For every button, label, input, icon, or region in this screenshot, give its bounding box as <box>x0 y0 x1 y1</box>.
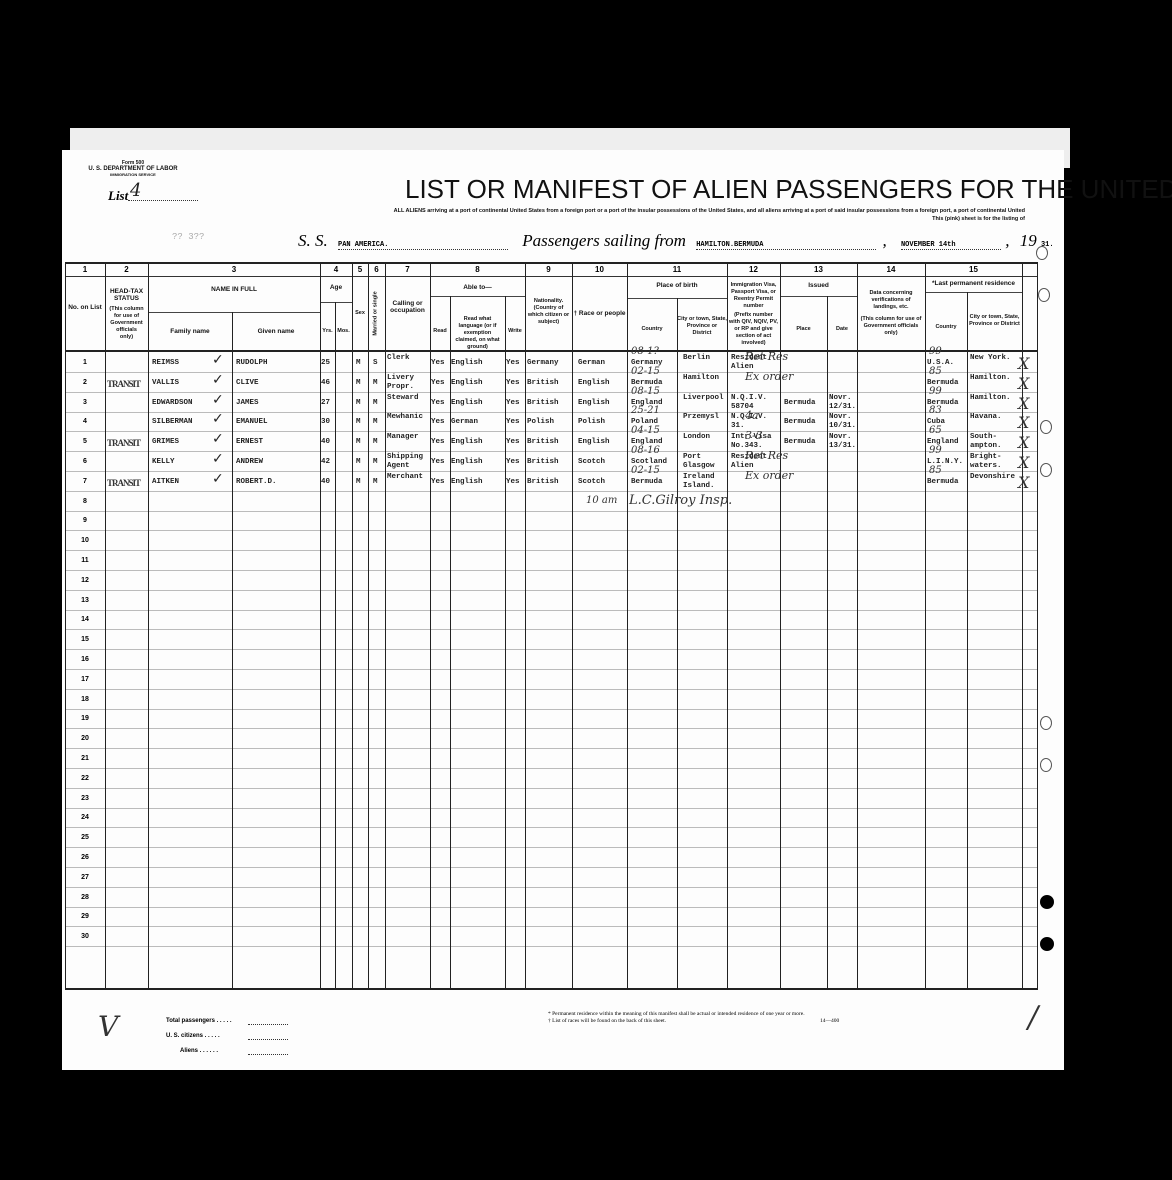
row-number: 24 <box>65 814 105 821</box>
punch-hole <box>1038 288 1050 302</box>
header-calling: Calling or occupation <box>387 300 428 314</box>
header-residence-country: Country <box>925 324 967 331</box>
birth-city: Przemysl <box>683 413 731 422</box>
column-number: 3 <box>148 265 320 274</box>
column-number: 9 <box>525 265 572 274</box>
row-number: 7 <box>65 478 105 485</box>
age-subheader-line <box>320 302 352 303</box>
residence-city: Hamilton. <box>970 374 1018 383</box>
tally-mark-icon: X <box>1018 354 1029 373</box>
issued-place: Bermuda <box>784 438 816 447</box>
handwritten-birth-code: 08-1? <box>631 346 659 357</box>
column-number: 2 <box>105 265 148 274</box>
can-write: Yes <box>506 478 520 487</box>
row-number: 15 <box>65 636 105 643</box>
footnote-races: † List of races will be found on the bac… <box>548 1018 666 1025</box>
row-line <box>65 412 1037 413</box>
form-header: Form 500 U. S. DEPARTMENT OF LABOR IMMIG… <box>88 160 178 178</box>
total-line <box>248 1024 288 1025</box>
issued-place: Bermuda <box>784 399 816 408</box>
sex: M <box>356 458 361 467</box>
row-line <box>65 629 1037 630</box>
header-name-in-full: NAME IN FULL <box>148 286 320 293</box>
column-number: 4 <box>320 265 352 274</box>
table-bottom-border <box>65 988 1037 990</box>
row-number: 3 <box>65 399 105 406</box>
row-number: 26 <box>65 854 105 861</box>
can-write: Yes <box>506 399 520 408</box>
row-line <box>65 649 1037 650</box>
row-line <box>65 511 1037 512</box>
column-divider <box>1037 262 1038 990</box>
birth-city: Port Glasgow <box>683 453 731 471</box>
row-number: 6 <box>65 458 105 465</box>
column-divider <box>385 262 386 990</box>
aliens-line <box>248 1054 288 1055</box>
column-number: 7 <box>385 265 430 274</box>
header-nationality: Nationality. (Country of which citizen o… <box>527 298 570 326</box>
inspector-signature: L.C.Gilroy Insp. <box>629 493 732 508</box>
read-language: English <box>451 379 483 388</box>
row-line <box>65 827 1037 828</box>
column-divider <box>525 262 526 990</box>
given-name: EMANUEL <box>236 418 268 427</box>
manifest-table: 123456789101112131415No. on ListHEAD-TAX… <box>65 262 1037 990</box>
row-number: 17 <box>65 676 105 683</box>
column-divider <box>65 262 66 990</box>
birth-city: Hamilton <box>683 374 731 383</box>
head-tax-status: TRANSIT <box>107 478 140 488</box>
header-married: Married or single <box>373 286 380 342</box>
handwritten-birth-code: 25-21 <box>631 405 660 416</box>
column-number: 5 <box>352 265 368 274</box>
column-divider <box>320 262 321 990</box>
tally-mark-icon: X <box>1018 453 1029 472</box>
header-able-to: Able to— <box>430 284 525 291</box>
column-divider <box>572 262 573 990</box>
table-top-border <box>65 262 1037 264</box>
tally-mark-icon: X <box>1018 374 1029 393</box>
handwritten-residence-code: 85 <box>929 465 942 476</box>
calling: Merchant <box>387 473 435 482</box>
punch-hole <box>1036 246 1048 260</box>
handwritten-residence-code: 85 <box>929 366 942 377</box>
header-age: Age <box>320 284 352 291</box>
sex: M <box>356 478 361 487</box>
family-name: EDWARDSON <box>152 399 193 408</box>
race: English <box>578 399 610 408</box>
row-line <box>65 847 1037 848</box>
tally-mark-icon: X <box>1018 394 1029 413</box>
able-subheader-line <box>430 296 525 297</box>
issued-subheader-line <box>780 296 857 297</box>
row-number: 20 <box>65 735 105 742</box>
row-line <box>65 530 1037 531</box>
sex: M <box>356 359 361 368</box>
total-passengers-label: Total passengers . . . . . <box>166 1018 232 1024</box>
row-number: 13 <box>65 597 105 604</box>
row-number: 14 <box>65 616 105 623</box>
can-write: Yes <box>506 418 520 427</box>
birth-city: Berlin <box>683 354 731 363</box>
check-mark-icon: ✓ <box>212 372 224 388</box>
residence-city: Devonshire <box>970 473 1018 482</box>
nationality: Germany <box>527 359 559 368</box>
row-line <box>65 590 1037 591</box>
column-divider <box>677 298 678 990</box>
can-read: Yes <box>431 478 445 487</box>
handwritten-visa-note: 3-3 <box>745 429 763 442</box>
handwritten-residence-code: 83 <box>929 405 942 416</box>
residence-city: South- ampton. <box>970 433 1018 451</box>
column-divider <box>727 262 728 990</box>
row-line <box>65 491 1037 492</box>
ss-label: S. S. <box>298 231 328 250</box>
row-number: 10 <box>65 537 105 544</box>
calling: Clerk <box>387 354 435 363</box>
handwritten-birth-code: 02-15 <box>631 366 660 377</box>
row-number: 23 <box>65 795 105 802</box>
header-read: Read <box>430 328 450 335</box>
row-number: 4 <box>65 418 105 425</box>
header-visa-note: (Prefix number with QIV, NQIV, PV, or RP… <box>729 312 778 347</box>
header-birth-country: Country <box>627 326 677 333</box>
residence-city: Havana. <box>970 413 1018 422</box>
row-number: 9 <box>65 517 105 524</box>
nationality: Polish <box>527 418 554 427</box>
birth-city: Ireland Island. <box>683 473 731 491</box>
instructions-line-2: This (pink) sheet is for the listing of <box>250 215 1025 223</box>
birth-country: Bermuda <box>631 478 663 487</box>
check-mark-bottom-left: V <box>98 1010 118 1043</box>
check-mark-bottom-right: / <box>1028 1000 1038 1035</box>
header-residence-city: City or town, State, Province or Distric… <box>967 314 1022 328</box>
colnum-divider <box>65 276 1037 277</box>
header-sex: Sex <box>352 310 368 317</box>
read-language: English <box>451 438 483 447</box>
can-read: Yes <box>431 458 445 467</box>
row-line <box>65 907 1037 908</box>
married-status: M <box>373 478 378 487</box>
header-head-tax-note: (This column for use of Government offic… <box>109 306 144 341</box>
handwritten-birth-code: 02-15 <box>631 465 660 476</box>
can-write: Yes <box>506 359 520 368</box>
tally-mark-icon: X <box>1018 473 1029 492</box>
footnote-residence: * Permanent residence within the meaning… <box>548 1011 805 1018</box>
age-years: 46 <box>321 379 330 388</box>
family-name: GRIMES <box>152 438 179 447</box>
column-divider <box>627 262 628 990</box>
punch-hole-filled <box>1040 937 1054 951</box>
column-divider <box>827 296 828 990</box>
row-number: 11 <box>65 557 105 564</box>
header-mos: Mos. <box>335 328 352 335</box>
check-mark-icon: ✓ <box>212 411 224 427</box>
column-number: 14 <box>857 265 925 274</box>
sex: M <box>356 379 361 388</box>
row-line <box>65 392 1037 393</box>
name-subheader-line <box>148 312 320 313</box>
married-status: M <box>373 458 378 467</box>
form-code: 14—400 <box>820 1018 839 1025</box>
row-line <box>65 768 1037 769</box>
header-given-name: Given name <box>232 328 320 335</box>
column-divider <box>857 262 858 990</box>
race: Scotch <box>578 478 605 487</box>
header-visa: Immigration Visa, Passport Visa, or Reen… <box>729 282 778 310</box>
row-line <box>65 748 1037 749</box>
row-number: 29 <box>65 913 105 920</box>
row-line <box>65 451 1037 452</box>
row-line <box>65 887 1037 888</box>
handwritten-visa-note: Ret Res <box>745 350 788 363</box>
handwritten-birth-code: 08-16 <box>631 445 660 456</box>
check-mark-icon: ✓ <box>212 451 224 467</box>
aliens-label: Aliens . . . . . . <box>180 1048 218 1054</box>
row-number: 5 <box>65 438 105 445</box>
punch-hole <box>1040 463 1052 477</box>
residence-city: Bright- waters. <box>970 453 1018 471</box>
can-read: Yes <box>431 418 445 427</box>
nationality: British <box>527 438 559 447</box>
column-number: 12 <box>727 265 780 274</box>
column-number: 8 <box>430 265 525 274</box>
row-line <box>65 550 1037 551</box>
header-family-name: Family name <box>148 328 232 335</box>
issued-date: Novr. 13/31. <box>829 433 877 451</box>
column-divider <box>148 262 149 990</box>
row-line <box>65 709 1037 710</box>
row-line <box>65 689 1037 690</box>
handwritten-visa-note: Ex order <box>745 469 793 482</box>
header-race: † Race or people <box>572 310 627 317</box>
given-name: ROBERT.D. <box>236 478 277 487</box>
row-number: 21 <box>65 755 105 762</box>
given-name: RUDOLPH <box>236 359 268 368</box>
column-divider <box>352 262 353 990</box>
header-head-tax: HEAD-TAX STATUS <box>105 288 148 302</box>
column-divider <box>430 262 431 990</box>
given-name: CLIVE <box>236 379 259 388</box>
handwritten-residence-code: 65 <box>929 425 942 436</box>
sailing-date: NOVEMBER 14th <box>901 241 1001 250</box>
row-number: 27 <box>65 874 105 881</box>
calling: Manager <box>387 433 435 442</box>
row-line <box>65 372 1037 373</box>
handwritten-visa-note: Ret Res <box>745 449 788 462</box>
header-verification-note: (This column for use of Government offic… <box>859 316 923 337</box>
header-verification: Data concerning verifications of landing… <box>859 290 923 311</box>
age-years: 30 <box>321 418 330 427</box>
check-mark-icon: ✓ <box>212 431 224 447</box>
sex: M <box>356 399 361 408</box>
row-number: 30 <box>65 933 105 940</box>
married-status: M <box>373 418 378 427</box>
row-number: 22 <box>65 775 105 782</box>
family-name: SILBERMAN <box>152 418 193 427</box>
header-issued-place: Place <box>780 326 827 333</box>
family-name: KELLY <box>152 458 175 467</box>
instructions-line-1: ALL ALIENS arriving at a port of contine… <box>250 207 1025 215</box>
row-line <box>65 728 1037 729</box>
handwritten-visa-note: Ex order <box>745 370 793 383</box>
column-divider <box>368 262 369 990</box>
can-read: Yes <box>431 359 445 368</box>
punch-hole <box>1040 420 1052 434</box>
header-no-on-list: No. on List <box>65 304 105 311</box>
tally-mark-icon: X <box>1018 413 1029 432</box>
punch-hole <box>1040 758 1052 772</box>
birth-city: London <box>683 433 731 442</box>
header-last-residence: *Last permanent residence <box>925 280 1022 287</box>
calling: Steward <box>387 394 435 403</box>
birth-city: Liverpool <box>683 394 731 403</box>
age-years: 40 <box>321 438 330 447</box>
can-write: Yes <box>506 379 520 388</box>
row-number: 19 <box>65 715 105 722</box>
list-number: 4 <box>130 180 141 201</box>
row-number: 16 <box>65 656 105 663</box>
issued-date: Novr. 12/31. <box>829 394 877 412</box>
family-name: AITKEN <box>152 478 179 487</box>
service-name: IMMIGRATION SERVICE <box>88 172 178 178</box>
read-language: English <box>451 359 483 368</box>
departure-port: HAMILTON.BERMUDA <box>696 241 876 250</box>
list-label: List <box>108 188 128 204</box>
given-name: ERNEST <box>236 438 263 447</box>
race: Polish <box>578 418 605 427</box>
header-bottom-border <box>65 350 1037 352</box>
column-number: 1 <box>65 265 105 274</box>
family-name: VALLIS <box>152 379 179 388</box>
column-divider <box>105 262 106 990</box>
nationality: British <box>527 458 559 467</box>
read-language: English <box>451 399 483 408</box>
row-number: 18 <box>65 696 105 703</box>
married-status: M <box>373 438 378 447</box>
column-number: 15 <box>925 265 1022 274</box>
can-write: Yes <box>506 458 520 467</box>
handwritten-residence-code: 99 <box>929 386 942 397</box>
read-language: English <box>451 458 483 467</box>
header-place-of-birth: Place of birth <box>627 282 727 289</box>
given-name: ANDREW <box>236 458 263 467</box>
calling: Livery Propr. <box>387 374 435 392</box>
handwritten-residence-code: 99 <box>929 445 942 456</box>
instructions: ALL ALIENS arriving at a port of contine… <box>250 207 1025 223</box>
residence-city: Hamilton. <box>970 394 1018 403</box>
sex: M <box>356 438 361 447</box>
family-name: REIMSS <box>152 359 179 368</box>
column-number: 10 <box>572 265 627 274</box>
row-line <box>65 926 1037 927</box>
us-citizens-label: U. S. citizens . . . . . <box>166 1033 220 1039</box>
race: English <box>578 379 610 388</box>
tally-mark-icon: X <box>1018 433 1029 452</box>
age-years: 25 <box>321 359 330 368</box>
sex: M <box>356 418 361 427</box>
punch-hole <box>1040 716 1052 730</box>
calling: Mewhanic <box>387 413 435 422</box>
married-status: M <box>373 379 378 388</box>
check-mark-icon: ✓ <box>212 352 224 368</box>
race: German <box>578 359 605 368</box>
check-mark-icon: ✓ <box>212 392 224 408</box>
header-write: Write <box>505 328 525 335</box>
row-number: 25 <box>65 834 105 841</box>
married-status: M <box>373 399 378 408</box>
age-years: 40 <box>321 478 330 487</box>
row-line <box>65 788 1037 789</box>
column-number: 6 <box>368 265 385 274</box>
can-read: Yes <box>431 399 445 408</box>
column-number: 11 <box>627 265 727 274</box>
row-number: 28 <box>65 894 105 901</box>
issued-date: Novr. 10/31. <box>829 413 877 431</box>
column-divider <box>925 262 926 990</box>
residence-city: New York. <box>970 354 1018 363</box>
handwritten-visa-note: 4a <box>745 409 759 422</box>
row-line <box>65 431 1037 432</box>
column-divider <box>967 292 968 990</box>
column-divider <box>232 312 233 990</box>
age-years: 27 <box>321 399 330 408</box>
residence-subheader-line <box>925 292 1022 293</box>
citizens-line <box>248 1039 288 1040</box>
age-years: 42 <box>321 458 330 467</box>
handwritten-residence-code: 99 <box>929 346 942 357</box>
nationality: British <box>527 478 559 487</box>
issued-place: Bermuda <box>784 418 816 427</box>
residence-country: Bermuda <box>927 478 959 487</box>
check-mark-icon: ✓ <box>212 471 224 487</box>
header-yrs: Yrs. <box>320 328 335 335</box>
document-title: LIST OR MANIFEST OF ALIEN PASSENGERS FOR… <box>405 174 1172 205</box>
read-language: English <box>451 478 483 487</box>
header-birth-city: City or town, State, Province or Distric… <box>677 316 727 337</box>
ship-name: PAN AMERICA. <box>338 241 508 250</box>
head-tax-status: TRANSIT <box>107 379 140 389</box>
column-number: 13 <box>780 265 857 274</box>
sailing-label: Passengers sailing from <box>522 231 686 250</box>
handwritten-birth-code: 04-15 <box>631 425 660 436</box>
row-number: 1 <box>65 359 105 366</box>
calling: Shipping Agent <box>387 453 435 471</box>
nationality: British <box>527 399 559 408</box>
punch-hole-filled <box>1040 895 1054 909</box>
inspection-time: 10 am <box>586 495 617 506</box>
header-issued-date: Date <box>827 326 857 333</box>
nationality: British <box>527 379 559 388</box>
header-issued: Issued <box>780 282 857 289</box>
row-line <box>65 867 1037 868</box>
header-read-language: Read what language (or if exemption clai… <box>452 316 503 351</box>
row-number: 12 <box>65 577 105 584</box>
head-tax-status: TRANSIT <box>107 438 140 448</box>
row-line <box>65 570 1037 571</box>
handwritten-birth-code: 08-15 <box>631 386 660 397</box>
row-line <box>65 471 1037 472</box>
given-name: JAMES <box>236 399 259 408</box>
row-line <box>65 610 1037 611</box>
row-line <box>65 946 1037 947</box>
column-divider <box>335 302 336 990</box>
race: Scotch <box>578 458 605 467</box>
can-read: Yes <box>431 438 445 447</box>
can-write: Yes <box>506 438 520 447</box>
row-line <box>65 808 1037 809</box>
married-status: S <box>373 359 378 368</box>
